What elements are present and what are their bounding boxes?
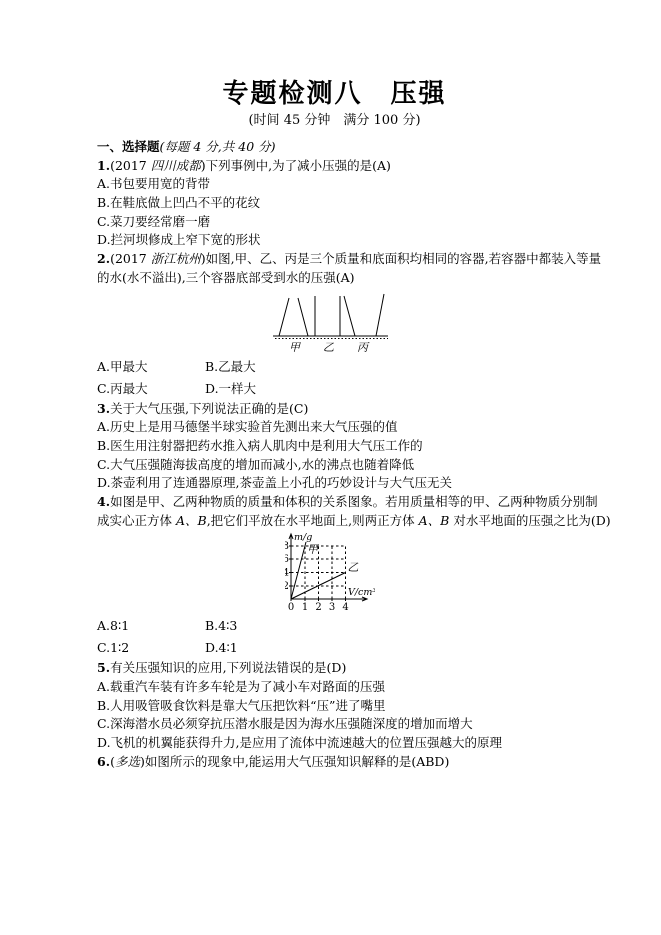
gridlines xyxy=(291,546,346,599)
question-number: 3. xyxy=(97,401,110,416)
container-label-jia: 甲 xyxy=(289,341,302,354)
question-number: 2. xyxy=(97,251,110,266)
stem-text: 如图,甲、乙、丙是三个质量和底面积均相同的容器,若容器中都装入等量 xyxy=(206,251,601,266)
source-year: (2017 xyxy=(110,158,151,173)
series-label-yi: 乙 xyxy=(348,561,359,574)
exam-paper-page: 专题检测八 压强 (时间 45 分钟 满分 100 分) 一、选择题(每题 4 … xyxy=(0,0,661,935)
container-bing-outline xyxy=(344,294,384,336)
x-tick-0: 0 xyxy=(288,602,294,613)
q5-option-c: C.深海潜水员必须穿抗压潜水服是因为海水压强随深度的增加而增大 xyxy=(97,715,572,734)
q1-option-c: C.菜刀要经常磨一磨 xyxy=(97,213,572,232)
q2-option-a: A.甲最大 xyxy=(97,356,205,378)
answer-text: (ABD) xyxy=(411,754,449,769)
source-place: 浙江杭州 xyxy=(151,251,201,266)
exam-content: 专题检测八 压强 (时间 45 分钟 满分 100 分) 一、选择题(每题 4 … xyxy=(97,79,572,771)
q2-option-d: D.一样大 xyxy=(205,381,256,396)
question-3-stem: 3.关于大气压强,下列说法正确的是(C) xyxy=(97,400,572,419)
x-tick-3: 3 xyxy=(329,602,335,613)
stem-text: ,把它们平放在水平地面上,则两正方体 xyxy=(207,513,419,528)
exam-time-score-note: (时间 45 分钟 满分 100 分) xyxy=(97,111,572,131)
question-number: 1. xyxy=(97,158,110,173)
q1-option-a: A.书包要用宽的背带 xyxy=(97,175,572,194)
y-tick-8: 8 xyxy=(285,541,289,552)
x-tick-4: 4 xyxy=(342,602,348,613)
q2-figure-wrapper: 甲 乙 丙 xyxy=(273,290,572,356)
stem-text: 如图是甲、乙两种物质的质量和体积的关系图象。若用质量相等的甲、乙两种物质分别制 xyxy=(110,494,598,509)
q4-options-row2: C.1∶2D.4∶1 xyxy=(97,637,572,659)
section-note: (每题 4 分,共 40 分) xyxy=(160,139,276,154)
question-4-stem-line1: 4.如图是甲、乙两种物质的质量和体积的关系图象。若用质量相等的甲、乙两种物质分别… xyxy=(97,493,572,512)
q3-option-c: C.大气压强随海拔高度的增加而减小,水的沸点也随着降低 xyxy=(97,456,572,475)
answer-text: (C) xyxy=(289,401,308,416)
multi-select-tag: 多选 xyxy=(115,754,140,769)
question-6-stem: 6.(多选)如图所示的现象中,能运用大气压强知识解释的是(ABD) xyxy=(97,753,572,772)
stem-text: 有关压强知识的应用,下列说法错误的是 xyxy=(110,660,326,675)
cube-names: A、B xyxy=(419,513,450,528)
q5-option-d: D.飞机的机翼能获得升力,是应用了流体中流速越大的位置压强越大的原理 xyxy=(97,734,572,753)
q5-option-a: A.载重汽车装有许多车轮是为了减小车对路面的压强 xyxy=(97,678,572,697)
source-year: (2017 xyxy=(110,251,151,266)
stem-text: 的水(水不溢出),三个容器底部受到水的压强 xyxy=(97,270,336,285)
container-label-bing: 丙 xyxy=(357,341,370,354)
q4-mass-volume-graph: 甲 乙 2 4 6 8 0 1 2 3 4 m/g V/cm³ xyxy=(285,531,375,615)
y-tick-2: 2 xyxy=(285,581,289,592)
q1-option-b: B.在鞋底做上凹凸不平的花纹 xyxy=(97,194,572,213)
q3-option-b: B.医生用注射器把药水推入病人肌肉中是利用大气压工作的 xyxy=(97,437,572,456)
container-yi-outline xyxy=(315,296,340,336)
y-tick-6: 6 xyxy=(285,554,289,565)
question-1-stem: 1.(2017 四川成都)下列事例中,为了减小压强的是(A) xyxy=(97,157,572,176)
question-number: 6. xyxy=(97,754,110,769)
x-tick-1: 1 xyxy=(302,602,308,613)
answer-text: (D) xyxy=(327,660,347,675)
q4-option-c: C.1∶2 xyxy=(97,637,205,659)
container-jia-outline xyxy=(279,298,308,336)
q2-containers-figure: 甲 乙 丙 xyxy=(273,290,391,356)
question-5-stem: 5.有关压强知识的应用,下列说法错误的是(D) xyxy=(97,659,572,678)
ground-line xyxy=(273,336,388,339)
q4-option-d: D.4∶1 xyxy=(205,640,238,655)
q3-option-a: A.历史上是用马德堡半球实验首先测出来大气压强的值 xyxy=(97,418,572,437)
stem-text: 成实心正方体 xyxy=(97,513,176,528)
section-name: 选择题 xyxy=(122,139,160,154)
stem-text: 关于大气压强,下列说法正确的是 xyxy=(110,401,289,416)
y-tick-4: 4 xyxy=(285,568,289,579)
stem-text: 如图所示的现象中,能运用大气压强知识解释的是 xyxy=(145,754,411,769)
answer-text: (D) xyxy=(591,513,611,528)
answer-text: (A) xyxy=(372,158,391,173)
answer-text: (A) xyxy=(336,270,355,285)
q4-option-a: A.8∶1 xyxy=(97,615,205,637)
q4-option-b: B.4∶3 xyxy=(205,618,237,633)
page-title: 专题检测八 压强 xyxy=(97,79,572,109)
y-axis-label: m/g xyxy=(294,532,312,543)
cube-names: A、B xyxy=(176,513,207,528)
q1-option-d: D.拦河坝修成上窄下宽的形状 xyxy=(97,231,572,250)
question-number: 4. xyxy=(97,494,110,509)
question-2-stem-line1: 2.(2017 浙江杭州)如图,甲、乙、丙是三个质量和底面积均相同的容器,若容器… xyxy=(97,250,572,269)
x-tick-2: 2 xyxy=(315,602,321,613)
container-label-yi: 乙 xyxy=(323,341,334,354)
q5-option-b: B.人用吸管吸食饮料是靠大气压把饮料“压”进了嘴里 xyxy=(97,697,572,716)
question-4-stem-line2: 成实心正方体 A、B,把它们平放在水平地面上,则两正方体 A、B 对水平地面的压… xyxy=(97,512,572,531)
stem-text: 下列事例中,为了减小压强的是 xyxy=(206,158,372,173)
section-numeral: 一、 xyxy=(97,139,122,154)
series-line-jia xyxy=(291,542,306,599)
q2-option-c: C.丙最大 xyxy=(97,378,205,400)
q4-options-row1: A.8∶1B.4∶3 xyxy=(97,615,572,637)
q2-options-row1: A.甲最大B.乙最大 xyxy=(97,356,572,378)
question-number: 5. xyxy=(97,660,110,675)
q3-option-d: D.茶壶利用了连通器原理,茶壶盖上小孔的巧妙设计与大气压无关 xyxy=(97,474,572,493)
q2-option-b: B.乙最大 xyxy=(205,359,256,374)
section-header: 一、选择题(每题 4 分,共 40 分) xyxy=(97,138,572,157)
x-axis-label: V/cm³ xyxy=(348,587,375,598)
question-2-stem-line2: 的水(水不溢出),三个容器底部受到水的压强(A) xyxy=(97,269,572,288)
q2-options-row2: C.丙最大D.一样大 xyxy=(97,378,572,400)
series-label-jia: 甲 xyxy=(307,543,320,556)
source-place: 四川成都 xyxy=(151,158,201,173)
stem-text: 对水平地面的压强之比为 xyxy=(449,513,590,528)
q4-figure-wrapper: 甲 乙 2 4 6 8 0 1 2 3 4 m/g V/cm³ xyxy=(285,531,572,615)
y-axis xyxy=(289,534,293,601)
